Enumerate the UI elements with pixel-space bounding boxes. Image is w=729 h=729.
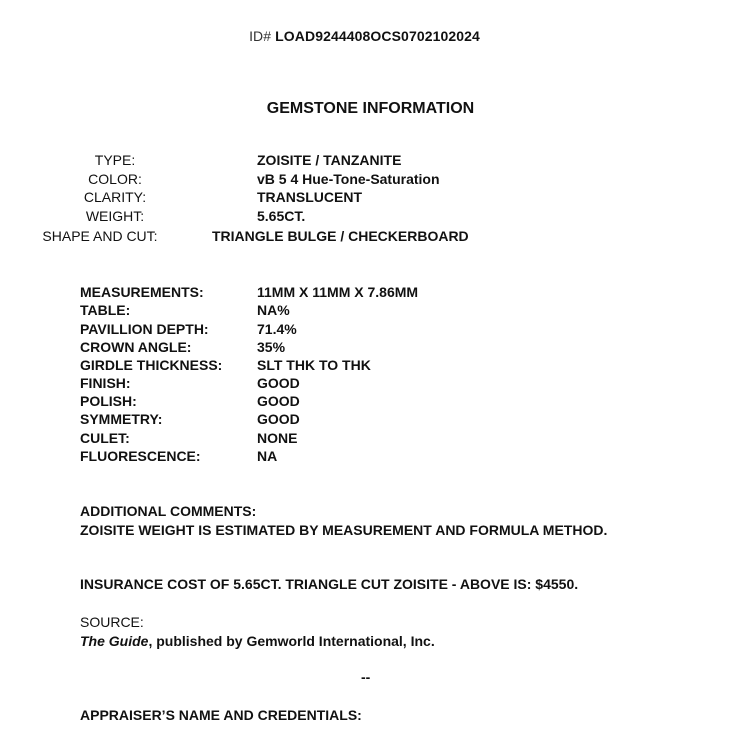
- weight-label: WEIGHT:: [30, 208, 200, 224]
- source-publisher: , published by Gemworld International, I…: [148, 633, 434, 649]
- girdle-thickness-value: SLT THK TO THK: [257, 357, 371, 373]
- source-heading: SOURCE:: [80, 614, 144, 630]
- finish-label: FINISH:: [80, 375, 131, 391]
- shape-cut-label: SHAPE AND CUT:: [15, 228, 185, 244]
- fluorescence-label: FLUORESCENCE:: [80, 448, 201, 464]
- crown-angle-label: CROWN ANGLE:: [80, 339, 191, 355]
- document-id: ID# LOAD9244408OCS0702102024: [0, 28, 729, 44]
- color-label: COLOR:: [30, 171, 200, 187]
- shape-cut-value: TRIANGLE BULGE / CHECKERBOARD: [212, 228, 469, 244]
- color-value: vB 5 4 Hue-Tone-Saturation: [257, 171, 440, 187]
- weight-value: 5.65CT.: [257, 208, 305, 224]
- culet-label: CULET:: [80, 430, 130, 446]
- insurance-statement: INSURANCE COST OF 5.65CT. TRIANGLE CUT Z…: [80, 576, 578, 592]
- source-citation: The Guide, published by Gemworld Interna…: [80, 633, 435, 649]
- comments-text: ZOISITE WEIGHT IS ESTIMATED BY MEASUREME…: [80, 522, 607, 538]
- comments-heading: ADDITIONAL COMMENTS:: [80, 503, 256, 519]
- fluorescence-value: NA: [257, 448, 277, 464]
- pavillion-depth-label: PAVILLION DEPTH:: [80, 321, 209, 337]
- clarity-label: CLARITY:: [30, 189, 200, 205]
- symmetry-value: GOOD: [257, 411, 300, 427]
- type-value: ZOISITE / TANZANITE: [257, 152, 401, 168]
- document-id-prefix: ID#: [249, 28, 271, 44]
- separator-dashes: --: [361, 669, 370, 685]
- page-title: GEMSTONE INFORMATION: [0, 100, 729, 118]
- pavillion-depth-value: 71.4%: [257, 321, 297, 337]
- measurements-value: 11MM X 11MM X 7.86MM: [257, 284, 418, 300]
- finish-value: GOOD: [257, 375, 300, 391]
- polish-label: POLISH:: [80, 393, 137, 409]
- document-id-value: LOAD9244408OCS0702102024: [275, 28, 480, 44]
- appraiser-heading: APPRAISER’S NAME AND CREDENTIALS:: [80, 707, 362, 723]
- culet-value: NONE: [257, 430, 297, 446]
- table-label: TABLE:: [80, 302, 130, 318]
- girdle-thickness-label: GIRDLE THICKNESS:: [80, 357, 222, 373]
- type-label: TYPE:: [30, 152, 200, 168]
- polish-value: GOOD: [257, 393, 300, 409]
- symmetry-label: SYMMETRY:: [80, 411, 162, 427]
- crown-angle-value: 35%: [257, 339, 285, 355]
- source-publication-title: The Guide: [80, 633, 148, 649]
- clarity-value: TRANSLUCENT: [257, 189, 362, 205]
- table-value: NA%: [257, 302, 290, 318]
- measurements-label: MEASUREMENTS:: [80, 284, 204, 300]
